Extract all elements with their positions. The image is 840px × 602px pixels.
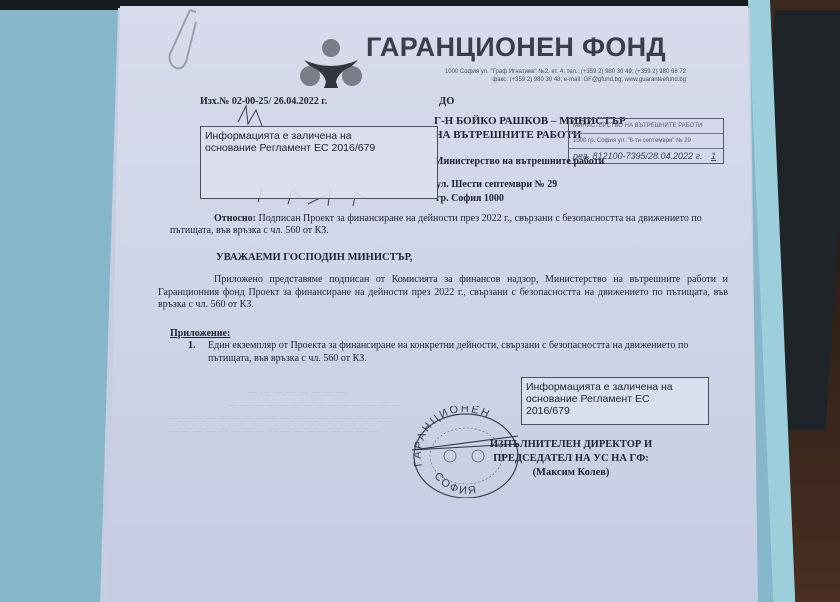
stamp-row-1: МИНИСТЕРСТВО НА ВЪТРЕШНИТЕ РАБОТИ: [569, 119, 723, 134]
attachments-label: Приложение:: [170, 328, 230, 339]
redaction-line-1: Информацията е заличена на: [205, 130, 433, 142]
address-line-2: факс: (+359 2) 980 30 48; e-mail: GF@gfu…: [366, 76, 686, 84]
signatory-name: (Максим Колев): [471, 466, 671, 480]
recipient-address: ул. Шести септември № 29 гр. София 1000: [436, 178, 557, 206]
subject-label: Относно:: [214, 213, 256, 224]
recipient-street: ул. Шести септември № 29: [436, 178, 557, 192]
recipient-organization: Министерство на вътрешните работи: [434, 156, 604, 167]
organization-name: ГАРАНЦИОНЕН ФОНД: [366, 32, 666, 63]
letter-body: Приложено представяме подписан от Комиси…: [158, 274, 728, 312]
redaction-line-1: Информацията е заличена на: [526, 381, 704, 393]
paper-clip-icon: [160, 4, 200, 74]
attachment-text: Един екземпляр от Проекта за финансиране…: [208, 340, 728, 365]
signatory-title-2: ПРЕДСЕДАТЕЛ НА УС НА ГФ:: [471, 452, 671, 466]
signature-block: ИЗПЪЛНИТЕЛЕН ДИРЕКТОР И ПРЕДСЕДАТЕЛ НА У…: [471, 438, 671, 480]
subject: Относно: Подписан Проект за финансиране …: [170, 213, 730, 237]
redaction-line-3: 2016/679: [526, 405, 704, 417]
letterhead-address: 1000 София ул. "Граф Игнатиев" №2, ет. 4…: [366, 68, 686, 84]
to-label: ДО: [439, 96, 454, 107]
letter-page: ГАРАНЦИОНЕН ФОНД 1000 София ул. "Граф Иг…: [108, 6, 758, 602]
attachment-number: 1.: [188, 340, 196, 353]
redaction-box-signature: Информацията е заличена на основание Рег…: [521, 377, 709, 425]
redaction-line-2: основание Регламент ЕС: [526, 393, 704, 405]
stamp-row-2: 1000 гр. София ул. "6-ти септември" № 29: [569, 134, 723, 149]
fund-logo-icon: [296, 38, 366, 90]
signatory-title-1: ИЗПЪЛНИТЕЛЕН ДИРЕКТОР И: [471, 438, 671, 452]
greeting: УВАЖАЕМИ ГОСПОДИН МИНИСТЪР,: [216, 252, 412, 263]
redaction-box: Информацията е заличена на основание Рег…: [200, 126, 438, 199]
redaction-line-2: основание Регламент ЕС 2016/679: [205, 142, 433, 154]
copy-number: 1: [711, 151, 716, 161]
recipient-city: гр. София 1000: [436, 192, 557, 206]
address-line-1: 1000 София ул. "Граф Игнатиев" №2, ет. 4…: [366, 68, 686, 76]
